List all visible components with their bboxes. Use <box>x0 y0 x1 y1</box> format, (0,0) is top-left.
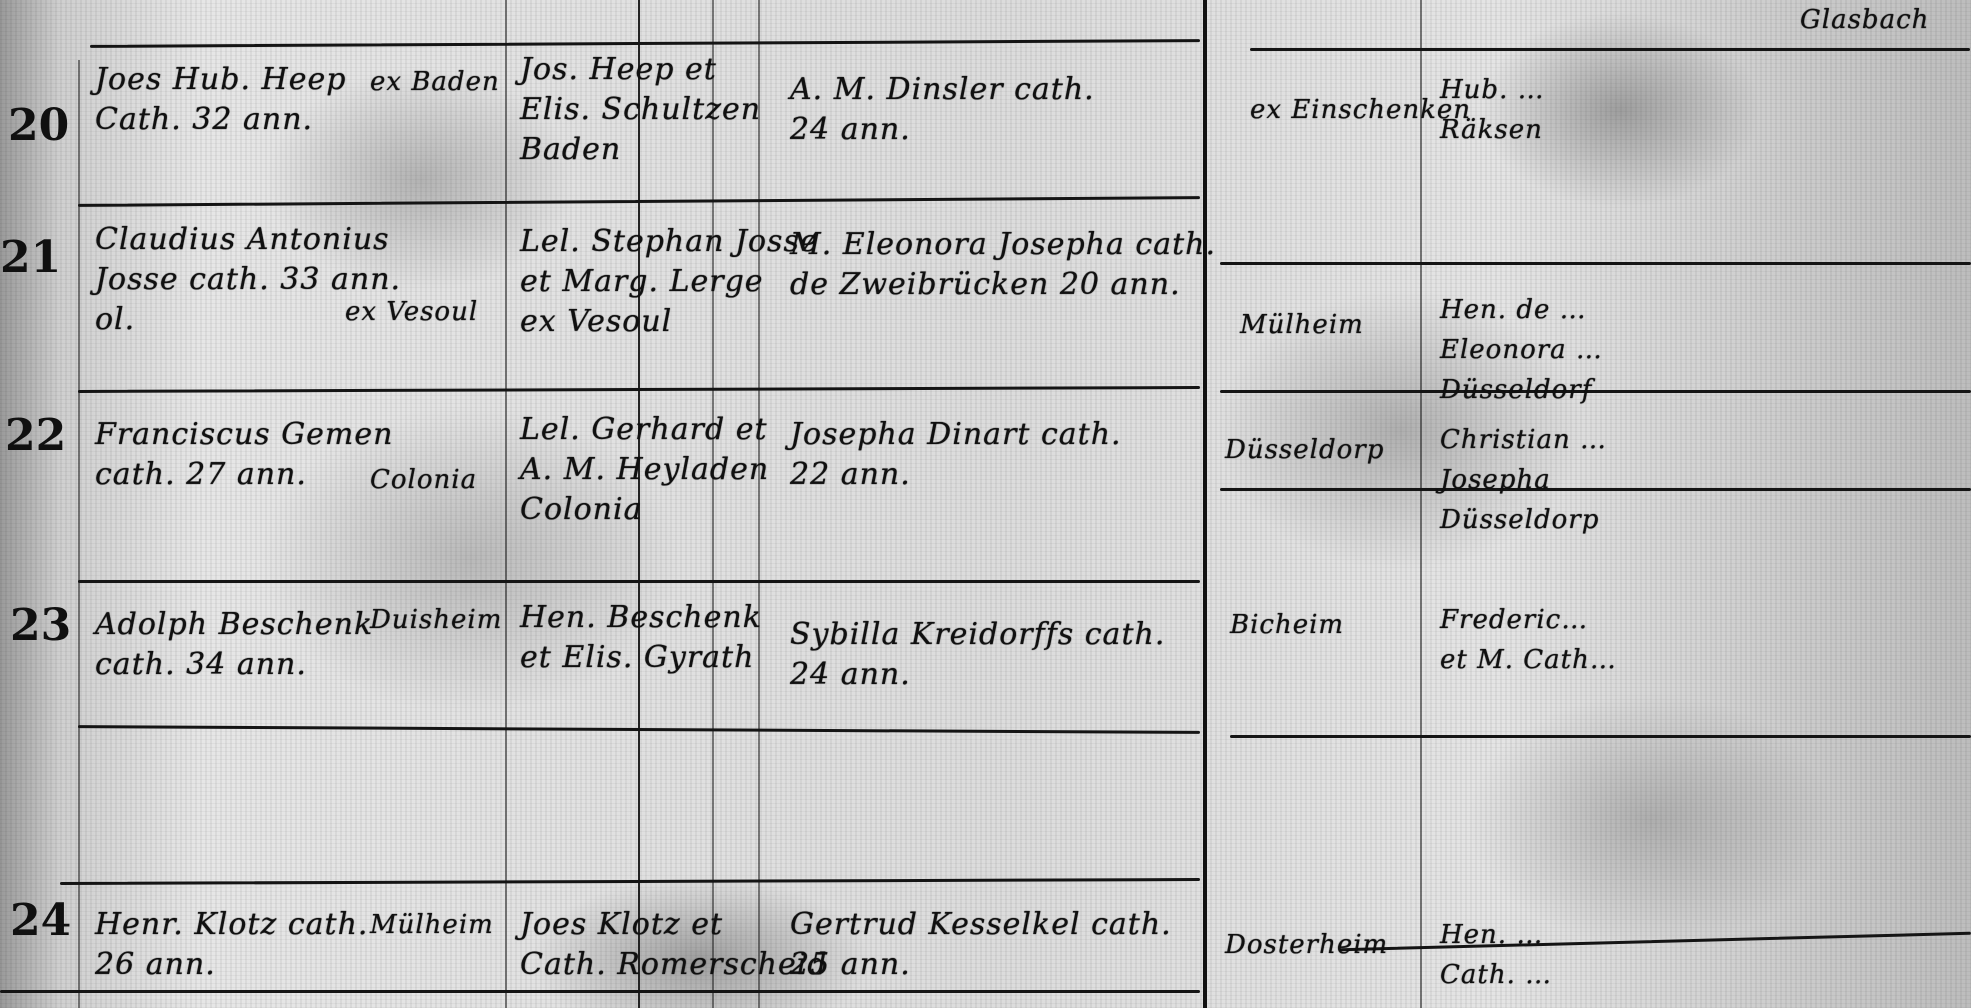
groom-name: Joes Hub. Heep Cath. 32 ann. <box>95 60 346 140</box>
row-rule-6 <box>60 878 1200 885</box>
groom-parents: Joes Klotz et Cath. Romerscheid <box>520 905 828 985</box>
bride-parents: Frederic… et M. Cath… <box>1440 600 1617 680</box>
groom-parents: Lel. Gerhard et A. M. Heyladen Colonia <box>520 410 769 530</box>
groom-origin: ex Baden <box>370 62 500 102</box>
bride-parents: Christian … Josepha Düsseldorp <box>1440 420 1607 540</box>
column-rule-origin <box>505 0 507 1008</box>
bride-name: Sybilla Kreidorffs cath. 24 ann. <box>790 615 1165 695</box>
page-divider-rule <box>1203 0 1207 1008</box>
bride-origin: ex Einschenken <box>1250 90 1471 130</box>
bride-origin: Düsseldorp <box>1225 430 1384 470</box>
entry-number: 21 <box>0 232 61 283</box>
top-fragment-right: Glasbach <box>1800 0 1929 40</box>
row-rule-1 <box>90 39 1200 48</box>
bride-name: Josepha Dinart cath. 22 ann. <box>790 415 1122 495</box>
bride-name: M. Eleonora Josepha cath. de Zweibrücken… <box>790 225 1216 305</box>
groom-origin: Mülheim <box>370 905 494 945</box>
bride-name: A. M. Dinsler cath. 24 ann. <box>790 70 1095 150</box>
entry-number: 24 <box>10 895 71 946</box>
groom-parents: Jos. Heep et Elis. Schultzen Baden <box>520 50 761 170</box>
bride-parents: Hen. de … Eleonora … Düsseldorf <box>1440 290 1603 410</box>
entry-number: 22 <box>5 410 66 461</box>
groom-origin: Colonia <box>370 460 477 500</box>
bride-origin: Mülheim <box>1240 305 1364 345</box>
bride-parents: Hen. … Cath. … <box>1440 915 1552 995</box>
row-rule-7 <box>0 990 1200 993</box>
bride-origin: Bicheim <box>1230 605 1344 645</box>
row-rule-6-right <box>1340 932 1971 952</box>
groom-parents: Lel. Stephan Josse et Marg. Lerge ex Ves… <box>520 222 819 342</box>
entry-number: 20 <box>8 100 69 151</box>
column-rule-right-parents <box>1420 0 1422 1008</box>
column-rule-left-margin <box>78 60 80 1008</box>
groom-parents: Hen. Beschenk et Elis. Gyrath <box>520 598 762 678</box>
row-rule-4 <box>78 580 1200 583</box>
groom-name: Henr. Klotz cath. 26 ann. <box>95 905 368 985</box>
register-page: Glasbach 20 Joes Hub. Heep Cath. 32 ann.… <box>0 0 1971 1008</box>
groom-name: Franciscus Gemen cath. 27 ann. <box>95 415 393 495</box>
row-rule-5-right <box>1230 735 1971 738</box>
entry-number: 23 <box>10 600 71 651</box>
groom-origin: Duisheim <box>370 600 502 640</box>
bride-name: Gertrud Kesselkel cath. 25 ann. <box>790 905 1172 985</box>
groom-origin: ex Vesoul <box>345 292 478 332</box>
bride-parents: Hub. … Räksen <box>1440 70 1545 150</box>
groom-name: Adolph Beschenk cath. 34 ann. <box>95 605 373 685</box>
row-rule-2-right <box>1220 262 1971 265</box>
bride-origin: Dosterheim <box>1225 925 1388 965</box>
row-rule-1-right <box>1250 48 1970 51</box>
